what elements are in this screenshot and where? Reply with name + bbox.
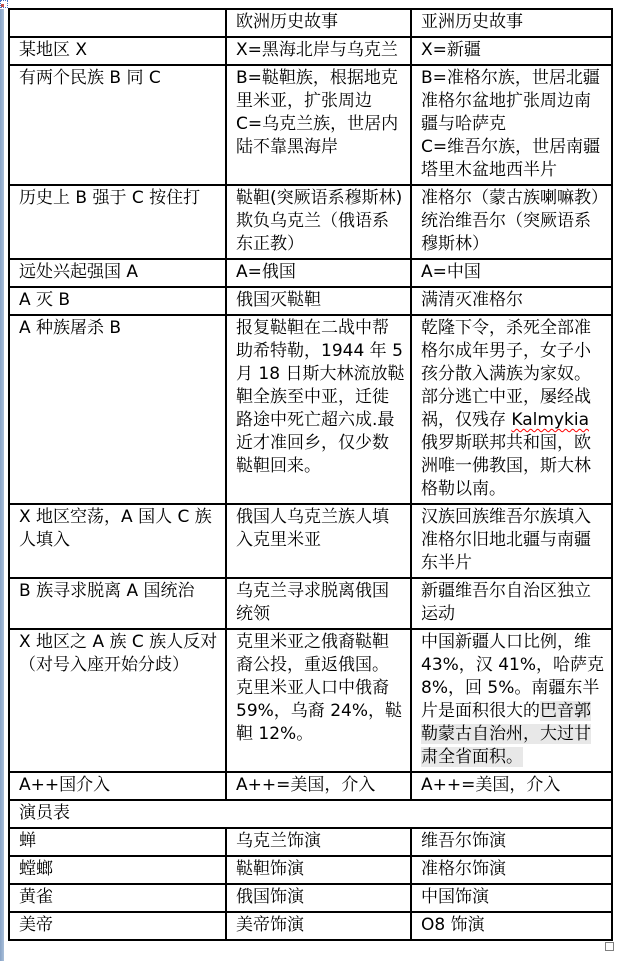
misspelled-word: Kalmykia — [511, 410, 589, 430]
cast-asia[interactable]: 准格尔饰演 — [411, 856, 612, 884]
cast-role[interactable]: 黄雀 — [9, 884, 226, 912]
cast-europe[interactable]: 乌克兰饰演 — [226, 828, 411, 856]
cast-row: 美帝 美帝饰演 O8 饰演 — [9, 912, 612, 940]
cell-asia[interactable]: X=新疆 — [411, 37, 612, 65]
table-row: B 族寻求脱离 A 国统治 乌克兰寻求脱离俄国统领 新疆维吾尔自治区独立运动 — [9, 578, 612, 629]
cast-role[interactable]: 蝉 — [9, 828, 226, 856]
cell-asia[interactable]: 准格尔（蒙古族喇嘛教）统治维吾尔（突厥语系穆斯林） — [411, 185, 612, 259]
page-edge-strip — [0, 9, 4, 961]
header-cell-europe[interactable]: 欧洲历史故事 — [226, 9, 411, 37]
cell-europe[interactable]: A=俄国 — [226, 259, 411, 287]
cast-role[interactable]: 螳螂 — [9, 856, 226, 884]
table-row: A 种族屠杀 B 报复鞑靼在二战中帮助希特勒，1944 年 5 月 18 日斯大… — [9, 315, 612, 504]
cast-europe[interactable]: 俄国饰演 — [226, 884, 411, 912]
cell-label[interactable]: 历史上 B 强于 C 按住打 — [9, 185, 226, 259]
cast-row: 蝉 乌克兰饰演 维吾尔饰演 — [9, 828, 612, 856]
cell-europe[interactable]: X=黑海北岸与乌克兰 — [226, 37, 411, 65]
cell-europe[interactable]: 俄国灭鞑靼 — [226, 287, 411, 315]
cell-label[interactable]: 有两个民族 B 同 C — [9, 65, 226, 185]
header-cell-empty[interactable] — [9, 9, 226, 37]
cell-label[interactable]: X 地区空荡，A 国人 C 族人填入 — [9, 504, 226, 578]
table-row: 有两个民族 B 同 C B=鞑靼族，根据地克里米亚，扩张周边 C=乌克兰族，世居… — [9, 65, 612, 185]
cell-asia[interactable]: 乾隆下令，杀死全部准格尔成年男子，女子小孩分散入满族为家奴。部分逃亡中亚，屡经战… — [411, 315, 612, 504]
comparison-table: 欧洲历史故事 亚洲历史故事 某地区 X X=黑海北岸与乌克兰 X=新疆 有两个民… — [8, 8, 613, 941]
cell-asia[interactable]: 满清灭准格尔 — [411, 287, 612, 315]
cell-asia[interactable]: B=准格尔族，世居北疆准格尔盆地扩张周边南疆与哈萨克 C=维吾尔族，世居南疆塔里… — [411, 65, 612, 185]
cell-europe[interactable]: 报复鞑靼在二战中帮助希特勒，1944 年 5 月 18 日斯大林流放鞑靼全族至中… — [226, 315, 411, 504]
table-header-row: 欧洲历史故事 亚洲历史故事 — [9, 9, 612, 37]
cell-label[interactable]: B 族寻求脱离 A 国统治 — [9, 578, 226, 629]
cell-asia[interactable]: A++=美国，介入 — [411, 772, 612, 800]
table-move-handle-icon[interactable] — [0, 0, 8, 8]
cell-label[interactable]: 远处兴起强国 A — [9, 259, 226, 287]
cell-asia[interactable]: A=中国 — [411, 259, 612, 287]
cast-europe[interactable]: 美帝饰演 — [226, 912, 411, 940]
table-row: A 灭 B 俄国灭鞑靼 满清灭准格尔 — [9, 287, 612, 315]
header-cell-asia[interactable]: 亚洲历史故事 — [411, 9, 612, 37]
cell-europe[interactable]: 俄国人乌克兰族人填入克里米亚 — [226, 504, 411, 578]
cast-asia[interactable]: 维吾尔饰演 — [411, 828, 612, 856]
table-row: 远处兴起强国 A A=俄国 A=中国 — [9, 259, 612, 287]
cast-europe[interactable]: 鞑靼饰演 — [226, 856, 411, 884]
cell-asia[interactable]: 中国新疆人口比例，维 43%，汉 41%，哈萨克 8%，回 5%。南疆东半片是面… — [411, 629, 612, 772]
cell-asia[interactable]: 新疆维吾尔自治区独立运动 — [411, 578, 612, 629]
cell-label[interactable]: X 地区之 A 族 C 族人反对（对号入座开始分歧） — [9, 629, 226, 772]
cell-label[interactable]: A 灭 B — [9, 287, 226, 315]
cell-label[interactable]: 某地区 X — [9, 37, 226, 65]
cast-row: 螳螂 鞑靼饰演 准格尔饰演 — [9, 856, 612, 884]
cast-row: 黄雀 俄国饰演 中国饰演 — [9, 884, 612, 912]
cell-europe[interactable]: 乌克兰寻求脱离俄国统领 — [226, 578, 411, 629]
cast-role[interactable]: 美帝 — [9, 912, 226, 940]
cast-section-row: 演员表 — [9, 800, 612, 828]
table-row: X 地区空荡，A 国人 C 族人填入 俄国人乌克兰族人填入克里米亚 汉族回族维吾… — [9, 504, 612, 578]
cell-europe[interactable]: 克里米亚之俄裔鞑靼裔公投，重返俄国。克里米亚人口中俄裔 59%，乌裔 24%，鞑… — [226, 629, 411, 772]
table-row: 某地区 X X=黑海北岸与乌克兰 X=新疆 — [9, 37, 612, 65]
cast-asia[interactable]: 中国饰演 — [411, 884, 612, 912]
table-row: 历史上 B 强于 C 按住打 鞑靼(突厥语系穆斯林)欺负乌克兰（俄语系东正教） … — [9, 185, 612, 259]
cell-asia[interactable]: 汉族回族维吾尔族填入准格尔旧地北疆与南疆东半片 — [411, 504, 612, 578]
cast-asia[interactable]: O8 饰演 — [411, 912, 612, 940]
table-row: A++国介入 A++=美国，介入 A++=美国，介入 — [9, 772, 612, 800]
cell-label[interactable]: A++国介入 — [9, 772, 226, 800]
table-resize-handle[interactable] — [605, 942, 614, 951]
cast-section-title[interactable]: 演员表 — [9, 800, 612, 828]
cell-europe[interactable]: 鞑靼(突厥语系穆斯林)欺负乌克兰（俄语系东正教） — [226, 185, 411, 259]
cell-europe[interactable]: B=鞑靼族，根据地克里米亚，扩张周边 C=乌克兰族，世居内陆不靠黑海岸 — [226, 65, 411, 185]
cell-europe[interactable]: A++=美国，介入 — [226, 772, 411, 800]
table-row: X 地区之 A 族 C 族人反对（对号入座开始分歧） 克里米亚之俄裔鞑靼裔公投，… — [9, 629, 612, 772]
cell-label[interactable]: A 种族屠杀 B — [9, 315, 226, 504]
